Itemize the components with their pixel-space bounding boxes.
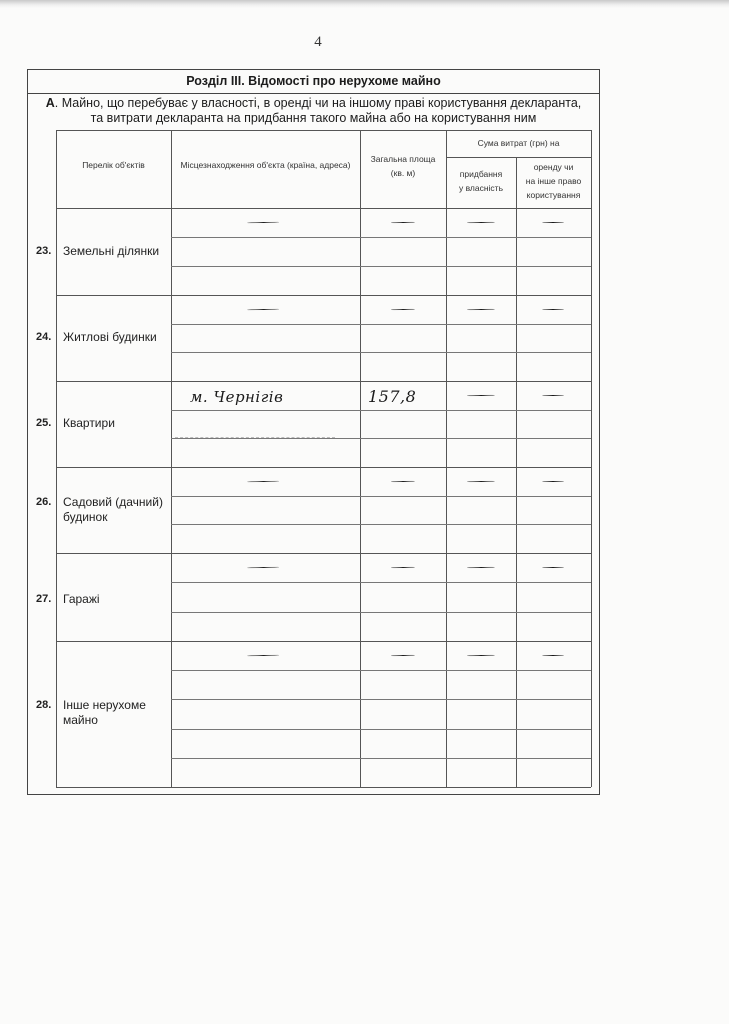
row-number-26: 26.	[36, 496, 51, 508]
subsection-text-line1: . Майно, що перебуває у власності, в оре…	[55, 96, 582, 110]
row-label-houses: Житлові будинки	[63, 330, 157, 345]
grid-line	[446, 130, 447, 787]
grid-line	[171, 352, 591, 353]
row-label-garden-house-line2: будинок	[63, 510, 163, 525]
grid-line	[56, 295, 591, 296]
header-rent-line2: на інше право	[516, 174, 591, 188]
grid-line	[446, 157, 591, 158]
row-label-other-line2: майно	[63, 713, 146, 728]
subsection-heading: А. Майно, що перебуває у власності, в ор…	[28, 96, 599, 126]
row-number-24: 24.	[36, 331, 51, 343]
subsection-letter: А	[46, 96, 55, 110]
grid-line	[171, 496, 591, 497]
grid-line	[56, 130, 591, 131]
grid-line	[56, 130, 57, 787]
grid-line	[516, 157, 517, 787]
grid-line	[56, 208, 591, 209]
row-number-27: 27.	[36, 593, 51, 605]
grid-line	[56, 467, 591, 468]
grid-line	[171, 130, 172, 787]
row-label-other-real-estate: Інше нерухоме майно	[63, 698, 146, 728]
row-number-25: 25.	[36, 417, 51, 429]
real-estate-table: Перелік об'єктів Місцезнаходження об'єкт…	[56, 130, 591, 787]
header-area-line2: (кв. м)	[360, 166, 446, 180]
row-number-23: 23.	[36, 245, 51, 257]
grid-line	[171, 524, 591, 525]
grid-line	[171, 612, 591, 613]
grid-line	[171, 266, 591, 267]
grid-line	[56, 553, 591, 554]
faint-scan-line	[175, 437, 335, 438]
grid-line	[171, 670, 591, 671]
header-location: Місцезнаходження об'єкта (країна, адреса…	[171, 158, 360, 172]
handwritten-area-apartment: 157,8	[368, 387, 416, 406]
row-number-28: 28.	[36, 699, 51, 711]
header-rent: оренду чи на інше право користування	[516, 160, 591, 202]
page-number: 4	[308, 34, 328, 51]
row-label-other-line1: Інше нерухоме	[63, 698, 146, 713]
subsection-text-line2: та витрати декларанта на придбання таког…	[28, 111, 599, 126]
row-label-garden-house: Садовий (дачний) будинок	[63, 495, 163, 525]
section-title: Розділ III. Відомості про нерухоме майно	[28, 70, 599, 94]
grid-line	[360, 130, 361, 787]
grid-line	[591, 130, 592, 787]
header-purchase-line1: придбання	[446, 167, 516, 181]
header-area-line1: Загальна площа	[360, 152, 446, 166]
row-label-land: Земельні ділянки	[63, 244, 159, 259]
header-rent-line1: оренду чи	[516, 160, 591, 174]
header-purchase: придбання у власність	[446, 167, 516, 195]
grid-line	[171, 237, 591, 238]
header-purchase-line2: у власність	[446, 181, 516, 195]
grid-line	[171, 758, 591, 759]
header-expenses-group: Сума витрат (грн) на	[446, 136, 591, 150]
grid-line	[56, 641, 591, 642]
grid-line	[56, 787, 591, 788]
grid-line	[171, 729, 591, 730]
grid-line	[171, 438, 591, 439]
grid-line	[56, 381, 591, 382]
grid-line	[171, 324, 591, 325]
header-objects: Перелік об'єктів	[56, 158, 171, 172]
row-label-garages: Гаражі	[63, 592, 100, 607]
row-label-garden-house-line1: Садовий (дачний)	[63, 495, 163, 510]
grid-line	[171, 699, 591, 700]
header-rent-line3: користування	[516, 188, 591, 202]
grid-line	[171, 582, 591, 583]
header-area: Загальна площа (кв. м)	[360, 152, 446, 180]
row-label-apartments: Квартири	[63, 416, 115, 431]
scan-edge-shadow	[0, 0, 729, 8]
grid-line	[171, 410, 591, 411]
handwritten-location-apartment: м. Чернігів	[190, 388, 283, 406]
